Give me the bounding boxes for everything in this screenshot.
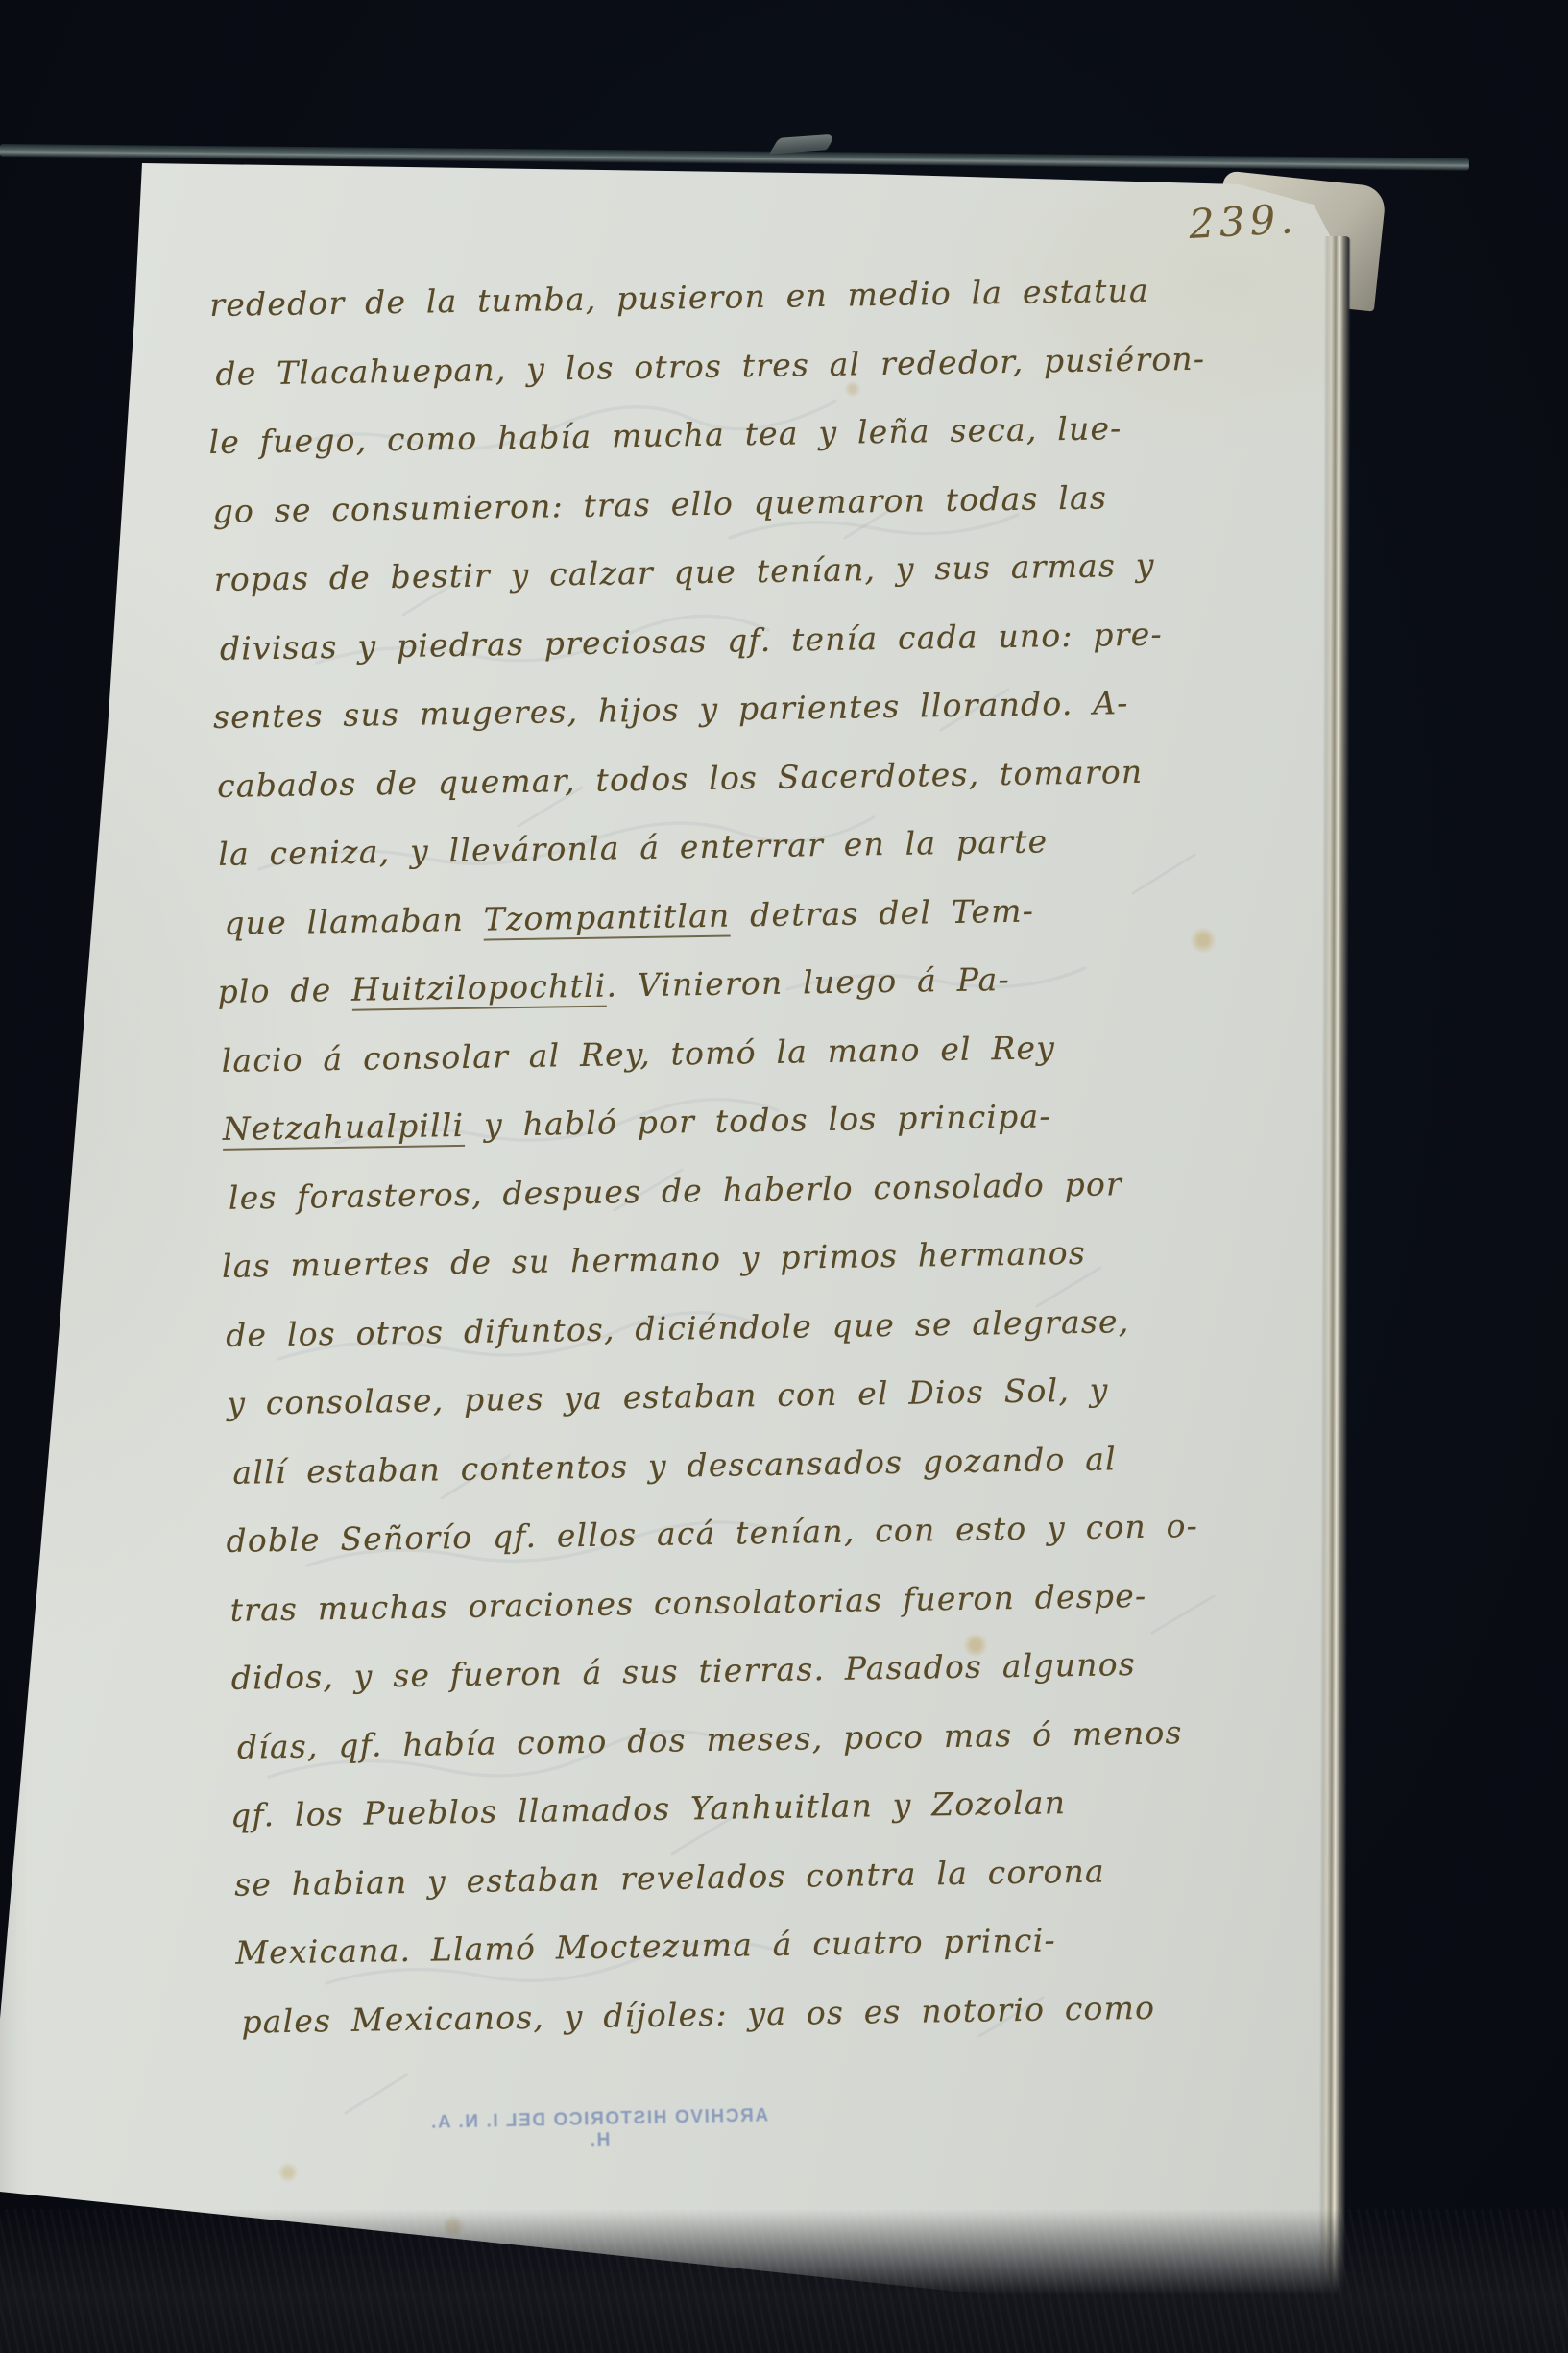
page-edge-strip	[1318, 236, 1351, 2301]
page-number: 239.	[1188, 195, 1299, 248]
book-cloth-band	[0, 2209, 1568, 2353]
archive-stamp: ARCHIVO HISTORICO DEL I. N. A. H.	[421, 2105, 779, 2155]
manuscript-text: rededor de la tumba, pusieron en medio l…	[209, 268, 1399, 2072]
photo-background: 239. rededor de la tumba, pusieron en me…	[0, 0, 1568, 2353]
